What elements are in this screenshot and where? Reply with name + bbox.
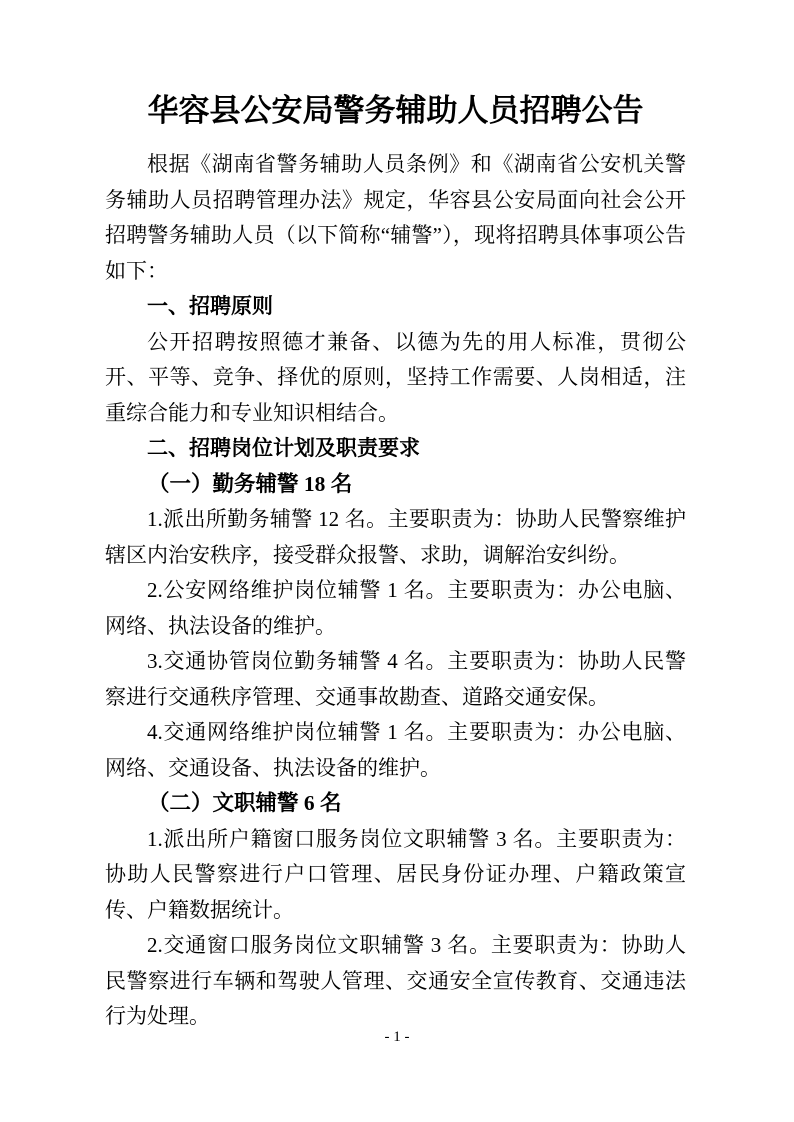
civilian-police-item-1: 1.派出所户籍窗口服务岗位文职辅警 3 名。主要职责为：协助人民警察进行户口管理… — [105, 822, 686, 929]
duty-police-item-2: 2.公安网络维护岗位辅警 1 名。主要职责为：办公电脑、网络、执法设备的维护。 — [105, 573, 686, 644]
section-principles-body: 公开招聘按照德才兼备、以德为先的用人标准，贯彻公开、平等、竞争、择优的原则，坚持… — [105, 325, 686, 432]
duty-police-item-4: 4.交通网络维护岗位辅警 1 名。主要职责为：办公电脑、网络、交通设备、执法设备… — [105, 715, 686, 786]
duty-police-item-3: 3.交通协管岗位勤务辅警 4 名。主要职责为：协助人民警察进行交通秩序管理、交通… — [105, 644, 686, 715]
section-principles-heading: 一、招聘原则 — [105, 289, 686, 325]
subsection-civilian-police-heading: （二）文职辅警 6 名 — [105, 786, 686, 822]
section-positions-heading: 二、招聘岗位计划及职责要求 — [105, 431, 686, 467]
civilian-police-item-2: 2.交通窗口服务岗位文职辅警 3 名。主要职责为：协助人民警察进行车辆和驾驶人管… — [105, 928, 686, 1035]
page-number: - 1 - — [0, 1028, 794, 1046]
intro-paragraph: 根据《湖南省警务辅助人员条例》和《湖南省公安机关警务辅助人员招聘管理办法》规定，… — [105, 147, 686, 289]
duty-police-item-1: 1.派出所勤务辅警 12 名。主要职责为：协助人民警察维护辖区内治安秩序，接受群… — [105, 502, 686, 573]
document-page: 华容县公安局警务辅助人员招聘公告 根据《湖南省警务辅助人员条例》和《湖南省公安机… — [0, 0, 794, 1122]
document-content: 华容县公安局警务辅助人员招聘公告 根据《湖南省警务辅助人员条例》和《湖南省公安机… — [105, 88, 686, 1035]
document-title: 华容县公安局警务辅助人员招聘公告 — [105, 88, 686, 134]
subsection-duty-police-heading: （一）勤务辅警 18 名 — [105, 467, 686, 503]
